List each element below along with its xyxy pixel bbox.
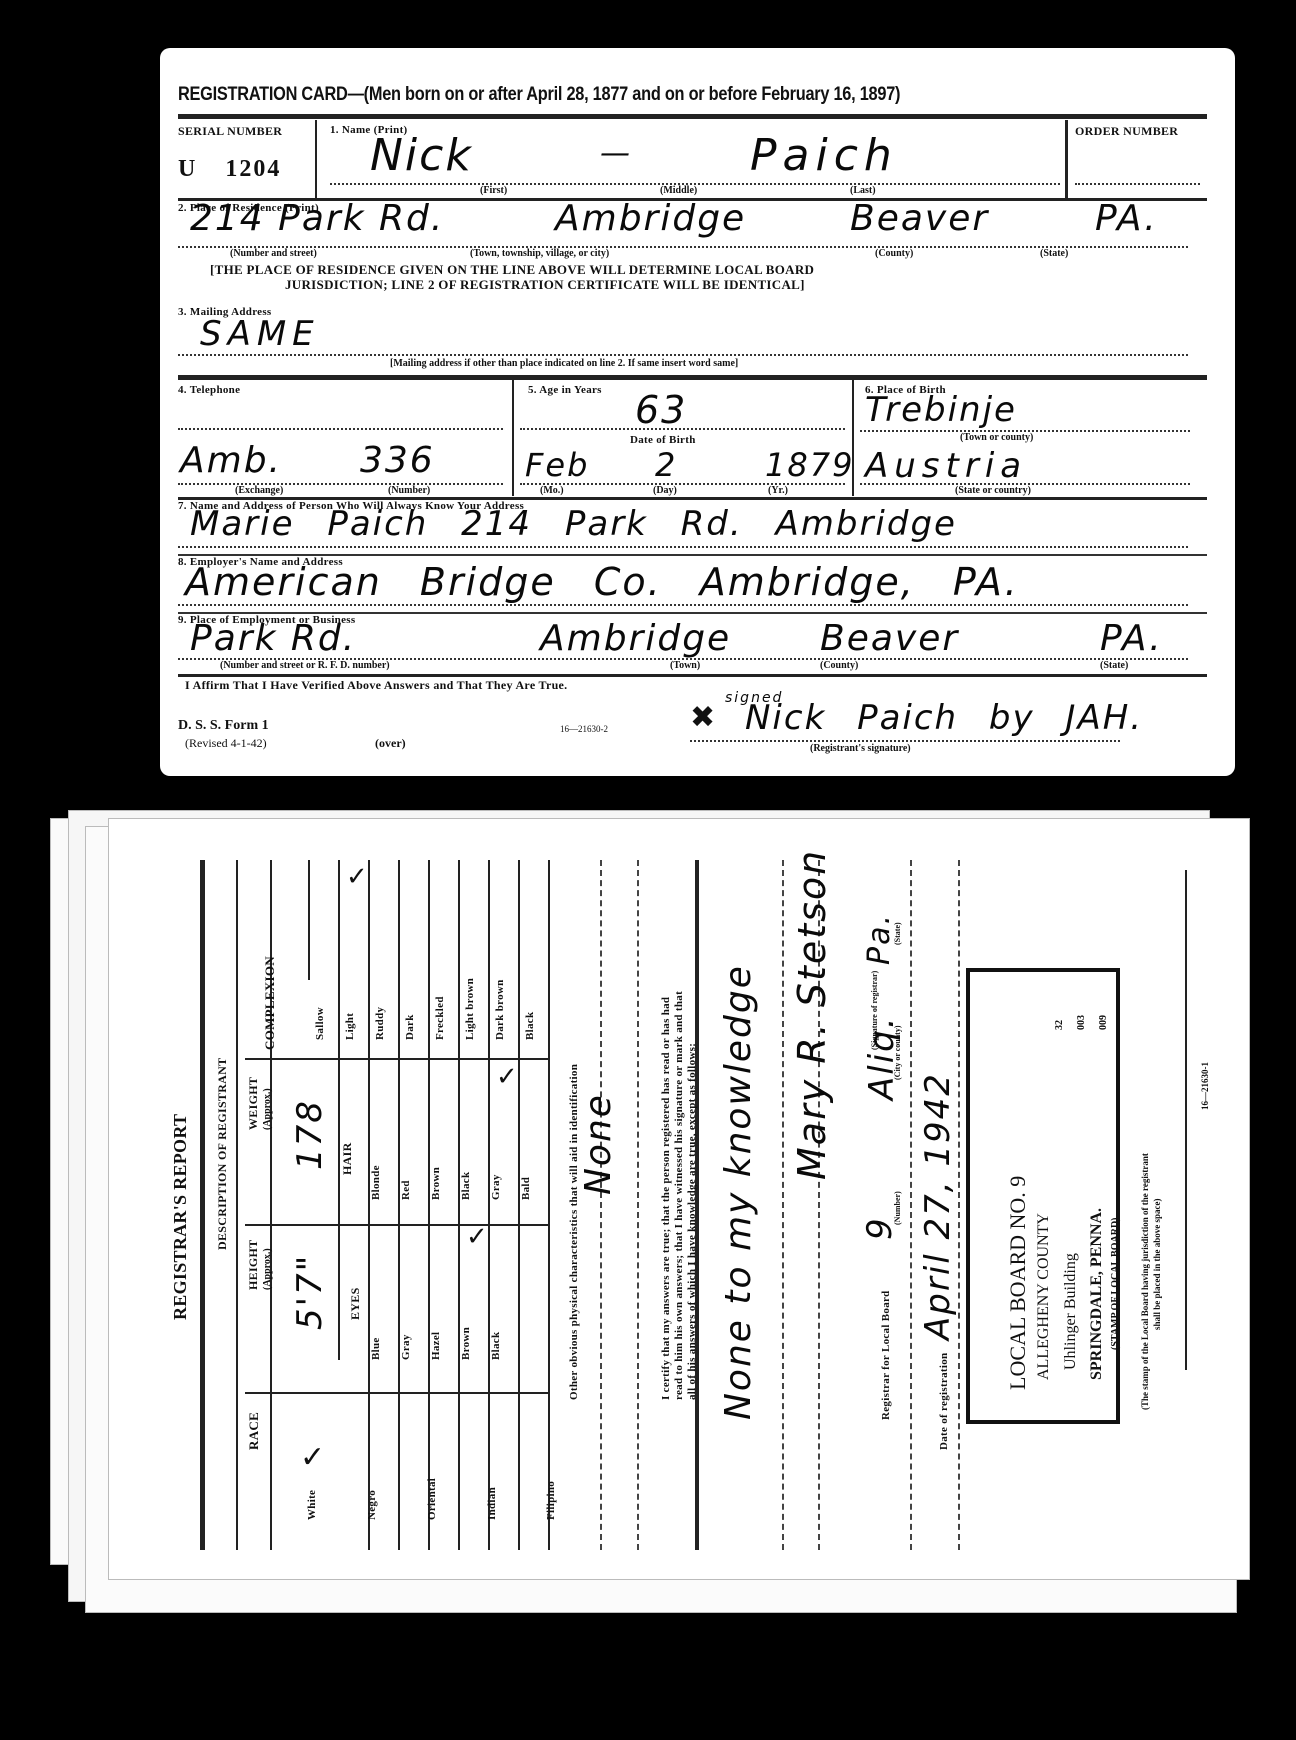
eyes-option-hazel[interactable]: Hazel — [430, 1332, 442, 1360]
caption-employment-county: (County) — [820, 660, 858, 671]
rule — [600, 860, 602, 1550]
other-characteristics-value: None — [578, 1093, 619, 1195]
hair-option-brown[interactable]: Brown — [430, 1167, 442, 1200]
residence-notice-1: [THE PLACE OF RESIDENCE GIVEN ON THE LIN… — [210, 262, 814, 278]
rule — [637, 860, 639, 1550]
rule — [910, 860, 912, 1550]
certify-text-2: read to him his own answers; that I have… — [673, 991, 685, 1400]
employment-state: PA. — [1100, 618, 1163, 659]
rule — [548, 860, 550, 1550]
name-last: Paich — [750, 130, 898, 181]
caption-birth-town: (Town or county) — [960, 432, 1033, 443]
mailing-caption: [Mailing address if other than place ind… — [390, 358, 738, 369]
caption-middle: (Middle) — [660, 185, 697, 196]
rule — [245, 1058, 550, 1060]
complexion-option-dark[interactable]: Dark — [404, 1014, 416, 1040]
rule — [245, 1392, 550, 1394]
race-option-filipino[interactable]: Filipino — [545, 1481, 557, 1520]
residence-street: 214 Park Rd. — [190, 198, 444, 239]
stamp-line-4: SPRINGDALE, PENNA. — [1088, 1208, 1106, 1380]
rule — [458, 860, 460, 1550]
eyes-option-gray[interactable]: Gray — [400, 1334, 412, 1360]
caption-town: (Town, township, village, or city) — [470, 248, 609, 259]
registrar-label: Registrar for Local Board — [880, 1290, 892, 1420]
certify-text-1: I certify that my answers are true; that… — [660, 997, 672, 1400]
stamp-line-5: (STAMP OF LOCAL BOARD) — [1110, 1217, 1121, 1350]
caption-employment-state: (State) — [1100, 660, 1128, 671]
stamp-line-1: LOCAL BOARD NO. 9 — [1005, 1176, 1031, 1390]
complexion-option-light-brown[interactable]: Light brown — [464, 978, 476, 1040]
employer-line — [178, 604, 1188, 606]
divider — [178, 674, 1207, 677]
hair-option-bald[interactable]: Bald — [520, 1177, 532, 1200]
caption-street: (Number and street) — [230, 248, 317, 259]
form-revised: (Revised 4-1-42) — [185, 736, 267, 751]
complexion-option-sallow[interactable]: Sallow — [314, 1007, 326, 1040]
report-title: REGISTRAR'S REPORT — [170, 1114, 191, 1320]
complexion-label: COMPLEXION — [262, 956, 278, 1050]
name-first: Nick — [370, 130, 473, 181]
stamp-line-3: Uhlinger Building — [1062, 1253, 1080, 1370]
stamp-code-3: 009 — [1098, 1015, 1109, 1030]
hair-option-blonde[interactable]: Blonde — [370, 1165, 382, 1200]
stamp-code-2: 003 — [1076, 1015, 1087, 1030]
rule — [200, 860, 205, 1550]
stamp-note-1: (The stamp of the Local Board having jur… — [1140, 1153, 1150, 1410]
dob-line — [520, 483, 845, 485]
rule — [236, 860, 238, 1550]
caption-birth-country: (State or country) — [955, 485, 1031, 496]
eyes-brown-check-icon: ✓ — [466, 1222, 488, 1252]
employment-street: Park Rd. — [190, 618, 356, 659]
rule — [958, 860, 960, 1550]
registrar-signature: Mary R. Stetson — [790, 849, 834, 1180]
eyes-option-brown[interactable]: Brown — [460, 1327, 472, 1360]
rule — [368, 860, 370, 1550]
rule — [1185, 870, 1187, 1370]
height-label: HEIGHT — [246, 1240, 261, 1290]
registration-card-front: REGISTRATION CARD—(Men born on or after … — [160, 48, 1235, 776]
weight-label: WEIGHT — [246, 1077, 261, 1130]
age-line — [520, 428, 845, 430]
residence-town: Ambridge — [555, 198, 746, 239]
signature-caption: (Registrant's signature) — [810, 743, 911, 754]
employment-town: Ambridge — [540, 618, 731, 659]
caption-exchange: (Exchange) — [235, 485, 283, 496]
caption-year: (Yr.) — [768, 485, 788, 496]
age-label: 5. Age in Years — [528, 384, 602, 396]
caption-first: (First) — [480, 185, 507, 196]
rule — [782, 860, 784, 1550]
caption-employment-street: (Number and street or R. F. D. number) — [220, 660, 390, 671]
employment-county: Beaver — [820, 618, 959, 659]
rule — [245, 1224, 550, 1226]
registration-state: Pa. — [862, 913, 897, 965]
employer-value: American Bridge Co. Ambridge, PA. — [185, 560, 1019, 604]
contact-line — [178, 546, 1188, 548]
weight-sub: (Approx.) — [262, 1088, 273, 1130]
complexion-option-freckled[interactable]: Freckled — [434, 996, 446, 1040]
race-option-indian[interactable]: Indian — [486, 1487, 498, 1520]
state-caption: (State) — [893, 922, 902, 945]
city-caption: (City or county) — [893, 1025, 902, 1080]
telephone-label: 4. Telephone — [178, 384, 240, 396]
dob-year: 1879 — [765, 446, 854, 484]
stamp-code-1: 32 — [1054, 1020, 1065, 1030]
caption-county: (County) — [875, 248, 913, 259]
registrant-signature: Nick Paich by JAH. — [745, 698, 1143, 738]
dob-label: Date of Birth — [630, 434, 696, 446]
race-option-negro[interactable]: Negro — [366, 1490, 378, 1520]
serial-number-label: SERIAL NUMBER — [178, 124, 282, 139]
eyes-label: EYES — [348, 1287, 363, 1320]
telephone-exchange: Amb. — [180, 440, 282, 481]
serial-prefix: U — [178, 156, 195, 182]
card-title: REGISTRATION CARD—(Men born on or after … — [178, 84, 900, 106]
dob-month: Feb — [525, 446, 589, 484]
residence-state: PA. — [1095, 198, 1158, 239]
birth-town: Trebinje — [865, 390, 1017, 430]
hair-option-gray[interactable]: Gray — [490, 1174, 502, 1200]
caption-state: (State) — [1040, 248, 1068, 259]
signature-line — [690, 740, 1120, 742]
hair-option-black[interactable]: Black — [460, 1172, 472, 1200]
residence-line — [178, 246, 1188, 248]
rule — [308, 860, 310, 980]
caption-number: (Number) — [388, 485, 430, 496]
certify-exception: None to my knowledge — [718, 964, 759, 1420]
divider — [512, 378, 514, 496]
registration-date: April 27, 1942 — [918, 1072, 958, 1340]
hair-gray-check-icon: ✓ — [496, 1062, 518, 1092]
divider — [1065, 120, 1068, 198]
birth-country: Austria — [865, 446, 1027, 486]
stamp-line-2: ALLEGHENY COUNTY — [1035, 1213, 1053, 1380]
hair-label: HAIR — [340, 1142, 355, 1175]
order-number-label: ORDER NUMBER — [1075, 124, 1178, 139]
mark-x-icon: ✖ — [690, 700, 715, 735]
back-print-code: 16—21630-1 — [1200, 1062, 1210, 1110]
print-code: 16—21630-2 — [560, 724, 608, 734]
affirm-text: I Affirm That I Have Verified Above Answ… — [185, 678, 567, 693]
height-sub: (Approx.) — [262, 1248, 273, 1290]
weight-value: 178 — [290, 1099, 330, 1170]
name-middle: — — [600, 136, 632, 171]
rule — [398, 860, 400, 1550]
certify-text-3: all of his answers of which I have knowl… — [686, 1043, 698, 1400]
eyes-option-blue[interactable]: Blue — [370, 1337, 382, 1360]
mailing-address: SAME — [200, 314, 320, 354]
local-board-number-caption: (Number) — [893, 1191, 902, 1225]
telephone-line-2 — [178, 483, 503, 485]
mailing-line — [178, 354, 1188, 356]
complexion-option-ruddy[interactable]: Ruddy — [374, 1007, 386, 1040]
divider — [178, 114, 1207, 119]
caption-last: (Last) — [850, 185, 876, 196]
section-title: DESCRIPTION OF REGISTRANT — [215, 1058, 230, 1250]
age-value: 63 — [635, 388, 687, 432]
rule — [338, 860, 340, 1360]
form-name: D. S. S. Form 1 — [178, 718, 269, 734]
registration-date-label: Date of registration — [938, 1353, 950, 1450]
over-label: (over) — [375, 736, 406, 751]
divider — [315, 120, 317, 198]
complexion-light-check-icon: ✓ — [346, 862, 368, 892]
race-option-white[interactable]: White — [306, 1490, 318, 1520]
caption-day: (Day) — [653, 485, 677, 496]
telephone-line-1 — [178, 428, 503, 430]
serial-number-field: U 1204 — [178, 156, 281, 183]
caption-employment-town: (Town) — [670, 660, 700, 671]
caption-month: (Mo.) — [540, 485, 564, 496]
race-option-oriental[interactable]: Oriental — [426, 1478, 438, 1520]
rule — [518, 860, 520, 1550]
race-white-check-icon: ✓ — [300, 1440, 325, 1475]
divider — [178, 375, 1207, 380]
eyes-option-black[interactable]: Black — [490, 1332, 502, 1360]
complexion-option-black[interactable]: Black — [524, 1012, 536, 1040]
complexion-option-light[interactable]: Light — [344, 1013, 356, 1040]
residence-county: Beaver — [850, 198, 989, 239]
race-label: RACE — [246, 1412, 262, 1450]
dob-day: 2 — [655, 446, 677, 484]
height-value: 5'7" — [290, 1254, 330, 1330]
contact-value: Marie Paich 214 Park Rd. Ambridge — [190, 504, 957, 544]
serial-number: 1204 — [225, 156, 281, 182]
telephone-number: 336 — [360, 440, 435, 481]
hair-option-red[interactable]: Red — [400, 1180, 412, 1200]
stamp-note-2: shall be placed in the above space) — [1152, 1198, 1162, 1330]
rule — [428, 860, 430, 1550]
complexion-option-dark-brown[interactable]: Dark brown — [494, 979, 506, 1040]
order-number-line — [1075, 183, 1200, 185]
residence-notice-2: JURISDICTION; LINE 2 OF REGISTRATION CER… — [285, 277, 805, 293]
rule — [488, 860, 490, 1550]
